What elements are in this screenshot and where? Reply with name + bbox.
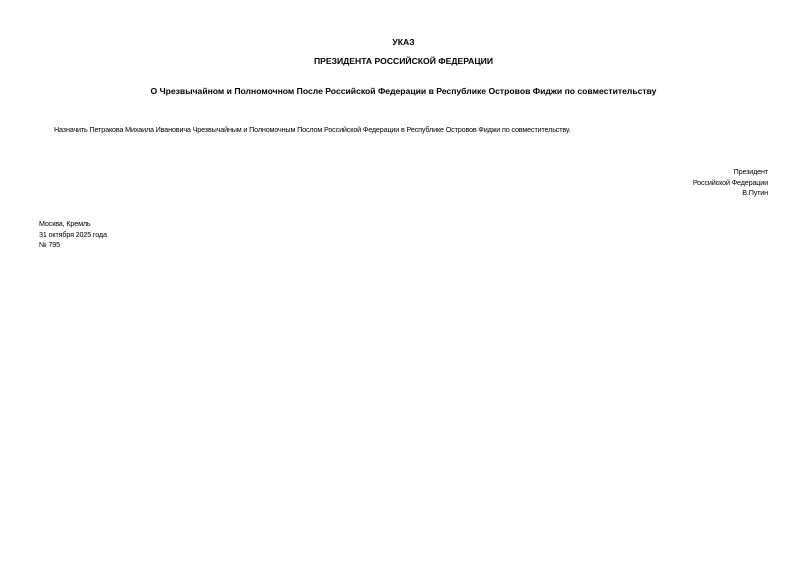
place-date-block: Москва, Кремль 31 октября 2025 года № 79… xyxy=(39,219,107,251)
decree-number: № 795 xyxy=(39,240,107,251)
decree-heading: УКАЗ xyxy=(0,37,807,47)
decree-title: О Чрезвычайном и Полномочном После Росси… xyxy=(0,86,807,96)
signature-position-line2: Российской Федерации xyxy=(693,178,768,189)
decree-subheading: ПРЕЗИДЕНТА РОССИЙСКОЙ ФЕДЕРАЦИИ xyxy=(0,56,807,66)
signature-position-line1: Президент xyxy=(693,167,768,178)
place: Москва, Кремль xyxy=(39,219,107,230)
signature-name: В.Путин xyxy=(693,188,768,199)
document-page: УКАЗ ПРЕЗИДЕНТА РОССИЙСКОЙ ФЕДЕРАЦИИ О Ч… xyxy=(0,0,807,571)
signature-block: Президент Российской Федерации В.Путин xyxy=(693,167,768,199)
decree-body: Назначить Петракова Михаила Ивановича Чр… xyxy=(54,125,570,134)
date: 31 октября 2025 года xyxy=(39,230,107,241)
